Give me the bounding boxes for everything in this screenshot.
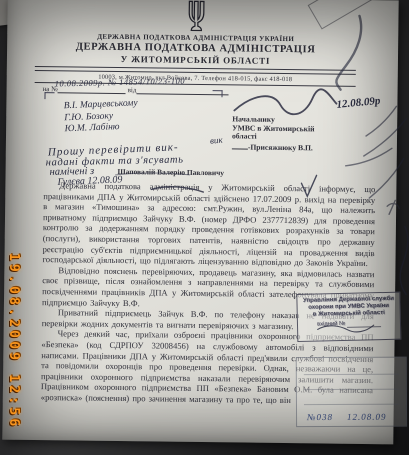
- incoming-date-handwritten: 12.08.09: [347, 412, 387, 422]
- body-paragraph: Державна податкова адміністрація у Житом…: [42, 180, 375, 269]
- recipient-surname: -Присяжнюку В.П.: [248, 142, 313, 152]
- executor-typed-name: Шаповалій Валерію Павловичу: [118, 167, 225, 177]
- address-corner-mark-left: [44, 92, 54, 99]
- blank-line: [232, 142, 248, 149]
- from-label: від: [128, 86, 137, 94]
- signature-flourish: [234, 88, 336, 115]
- margin-curl: [400, 226, 408, 294]
- stamp-incoming-number-line: вхідний №: [298, 319, 400, 329]
- box-rule: [304, 404, 399, 405]
- camera-timestamp-text: 19.08.2009 12:56: [6, 253, 21, 429]
- box-rule: [304, 389, 399, 390]
- incoming-number-handwritten: №038: [307, 412, 333, 422]
- stamp-incoming-label: вхідний №: [317, 321, 345, 328]
- address-corner-mark-right: [213, 90, 223, 97]
- margin-note-stroke: [366, 106, 396, 136]
- margin-note-stroke: [346, 148, 392, 167]
- stamp-line: в Житомирській області: [298, 310, 400, 319]
- photo-of-document: ДЕРЖАВНА ПОДАТКОВА АДМІНІСТРАЦІЯ УКРАЇНИ…: [0, 0, 409, 455]
- reference-printed-line: на № від: [43, 85, 229, 95]
- margin-mark: [387, 200, 399, 214]
- recipient-region: області: [232, 133, 314, 143]
- incoming-box-note: №03812.08.09: [307, 412, 387, 422]
- handwritten-addressee-list: В.І. Марцевському Г.Ю. Бозоку Ю.М. Лабін…: [64, 98, 139, 135]
- camera-timestamp: 19.08.2009 12:56: [4, 251, 26, 451]
- ukraine-trident-emblem: [182, 0, 210, 32]
- document-page: ДЕРЖАВНА ПОДАТКОВА АДМІНІСТРАЦІЯ УКРАЇНИ…: [2, 0, 398, 444]
- margin-note-stroke: [364, 118, 406, 157]
- handwritten-prefix: вик: [210, 135, 223, 146]
- security-service-stamp: Управління Державної служби охорони при …: [296, 292, 401, 342]
- recipient-surname-line: -Присяжнюку В.П.: [232, 142, 314, 153]
- recipient-block: Начальнику УМВС в Житомирській області -…: [232, 115, 315, 152]
- blank-line: [347, 319, 381, 328]
- handwritten-addressee: Ю.М. Лабіню: [65, 121, 139, 135]
- box-rule: [304, 374, 399, 375]
- blank-line: [58, 85, 126, 94]
- handwritten-date-top: 12.08.09р: [336, 95, 381, 111]
- incoming-registration-box: №03812.08.09: [296, 357, 407, 428]
